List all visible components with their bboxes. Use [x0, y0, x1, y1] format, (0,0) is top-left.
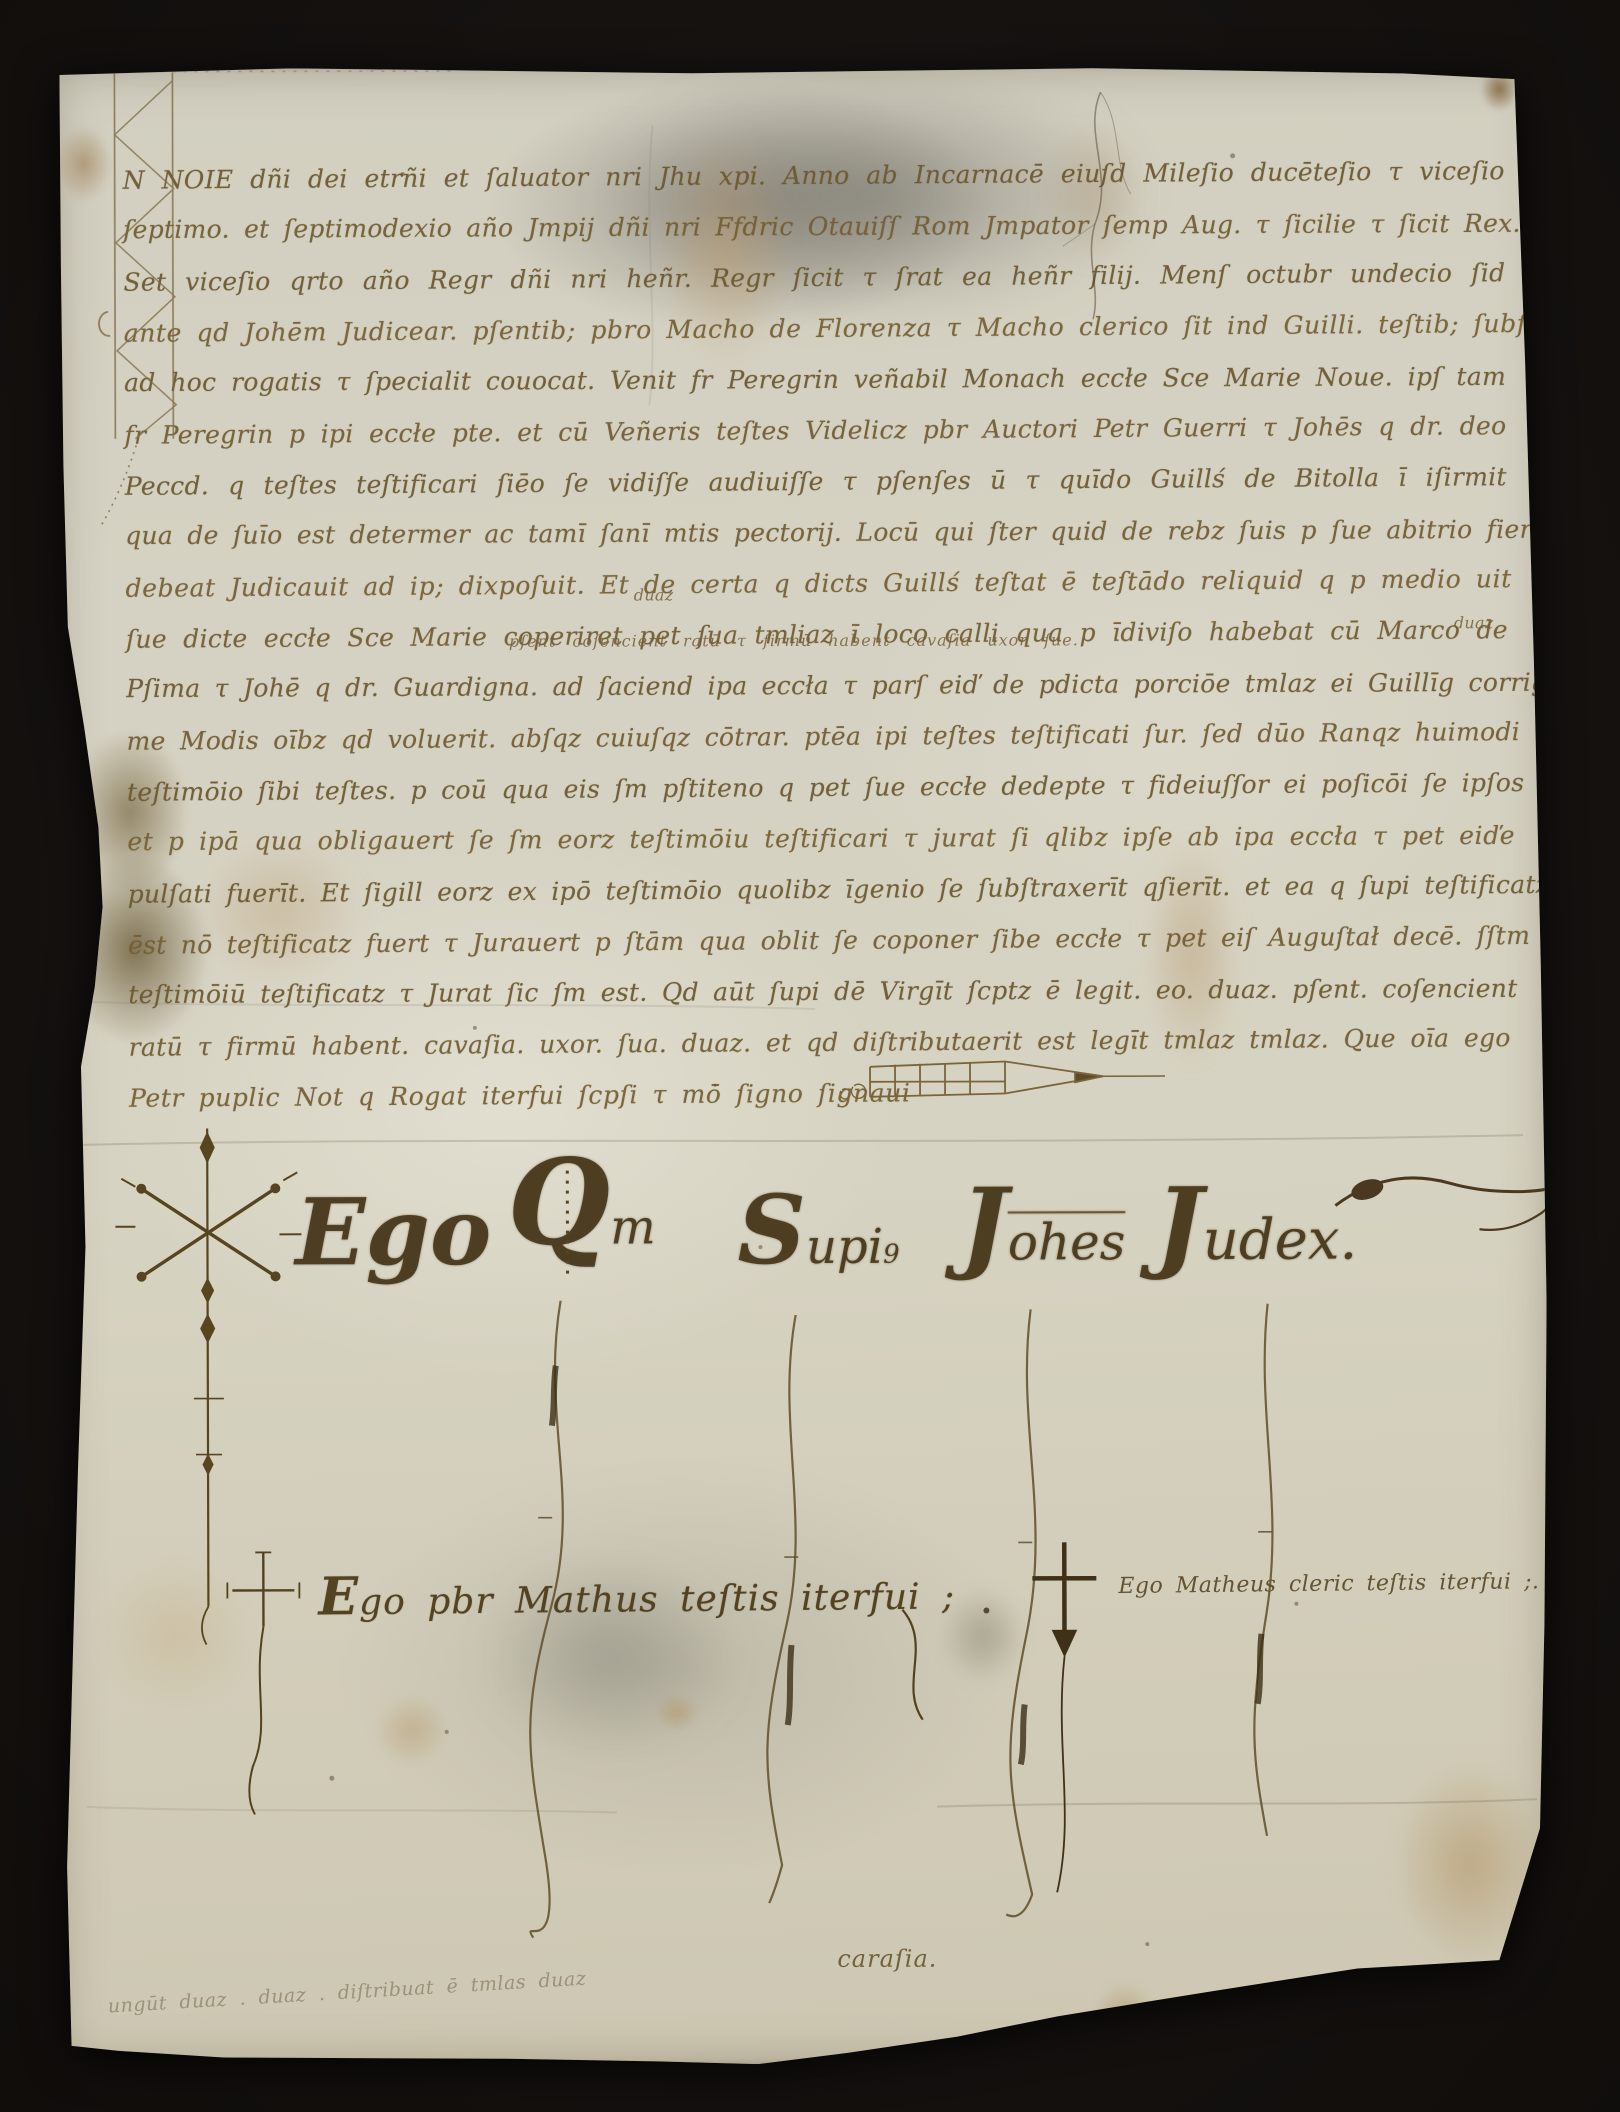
subscription-word-supra: S upi 9	[737, 1183, 899, 1278]
photo-of-parchment-charter: N NOIE dñi dei etrñi et ſaluator nri Jhu…	[0, 0, 1620, 2112]
manuscript-text-line: ad hoc rogatis τ ſpecialit couocat. Veni…	[124, 351, 1506, 408]
witness-cross-right	[1032, 1542, 1097, 1892]
subscription-johes-suffix: ohes	[1008, 1217, 1126, 1267]
stain-small-left-bottom	[375, 1694, 449, 1766]
manuscript-text-line: ratū τ firmū habent. cavaſia. uxor. ſua.…	[129, 1012, 1511, 1073]
subscription-s-suffix: upi	[806, 1223, 883, 1271]
parchment-sheet: N NOIE dñi dei etrñi et ſaluator nri Jhu…	[52, 63, 1552, 2067]
subscription-initial-s: S	[737, 1183, 806, 1278]
subscription-word-johes: J ohes	[960, 1174, 1125, 1274]
subscription-judex-suffix: udex.	[1203, 1213, 1358, 1269]
stain-right-edge	[1393, 1761, 1549, 1966]
manuscript-text-line: et p ipā qua obligauert ſe ſm eorz teſti…	[127, 810, 1509, 867]
subscription-initial-q: Q	[507, 1144, 610, 1262]
subscription-judex-initial: J	[1155, 1174, 1203, 1274]
judex-trailing-flourish	[1335, 1176, 1551, 1231]
subscription-word-quondam: Q m	[507, 1143, 656, 1261]
dorsal-note-carasia: caraſia.	[837, 1945, 937, 1973]
manuscript-text-line: N NOIE dñi dei etrñi et ſaluator nri Jhu…	[123, 145, 1505, 206]
manuscript-text-line: teſtimōio ſibi teſtes. p coū qua eis ſm …	[127, 757, 1509, 818]
manuscript-text-line: Peccd. q teſtes teſtificari ſiēo ſe vidi…	[125, 451, 1507, 512]
manuscript-text-line: Petr puplic Not q Rogat iterfui ſcpſi τ …	[129, 1063, 1511, 1124]
manuscript-text-line: ante qd Johēm Judicear. pſentib; pbro Ma…	[124, 298, 1506, 359]
stain-top-left	[55, 125, 113, 203]
subscription-word-ego: Ego	[295, 1186, 491, 1279]
manuscript-text-line: teſtimōiū teſtificatz τ Jurat ſic ſm est…	[128, 963, 1510, 1020]
stain-small-center	[655, 1693, 699, 1731]
interlinear-word-above: duaz	[634, 585, 674, 604]
manuscript-text-line: qua de ſuīo est determer ac tamī ſanī mt…	[125, 504, 1507, 561]
interlinear-insertion-line: pſent coſencient ratū τ firmū habent cav…	[509, 630, 1079, 650]
manuscript-text-line: Pſima τ Johē q dr. Guardigna. ad ſaciend…	[126, 657, 1508, 714]
subscription-initial-j: J	[960, 1174, 1008, 1274]
witness-subscription-right: Ego Matheus cleric teſtis iterfui ;.	[1118, 1569, 1539, 1599]
subscription-s-superscript: 9	[883, 1240, 900, 1270]
subscription-word-judex: J udex.	[1155, 1174, 1357, 1275]
witness-flourish-left	[902, 1610, 922, 1720]
stain-bottom-left-wash	[92, 1554, 257, 1714]
corner-tip-dark	[1480, 67, 1518, 111]
subscription-initial-e: Ego	[295, 1186, 491, 1279]
subscription-cross-monogram	[115, 1128, 302, 1644]
witness-subscription-left: Ego pbr Mathus teſtis iterfui ;	[318, 1560, 955, 1627]
witness-cross-left	[227, 1552, 300, 1814]
stain-bottom-small	[1093, 1982, 1155, 2048]
parchment-sheet-wrapper: N NOIE dñi dei etrñi et ſaluator nri Jhu…	[0, 0, 1620, 2112]
subscription-q-suffix: m	[610, 1203, 656, 1251]
faded-bottom-note: ungūt duaz . duaz . diſtribuat ē tmlas d…	[107, 1961, 707, 2018]
interlinear-word-right: duaz	[1454, 613, 1494, 632]
manuscript-text-line: ēst nō teſtificatz fuert τ Jurauert p ſt…	[128, 910, 1510, 971]
manuscript-text-line: ſeptimo. et ſeptimodexio año Jmpij dñi n…	[123, 198, 1505, 255]
